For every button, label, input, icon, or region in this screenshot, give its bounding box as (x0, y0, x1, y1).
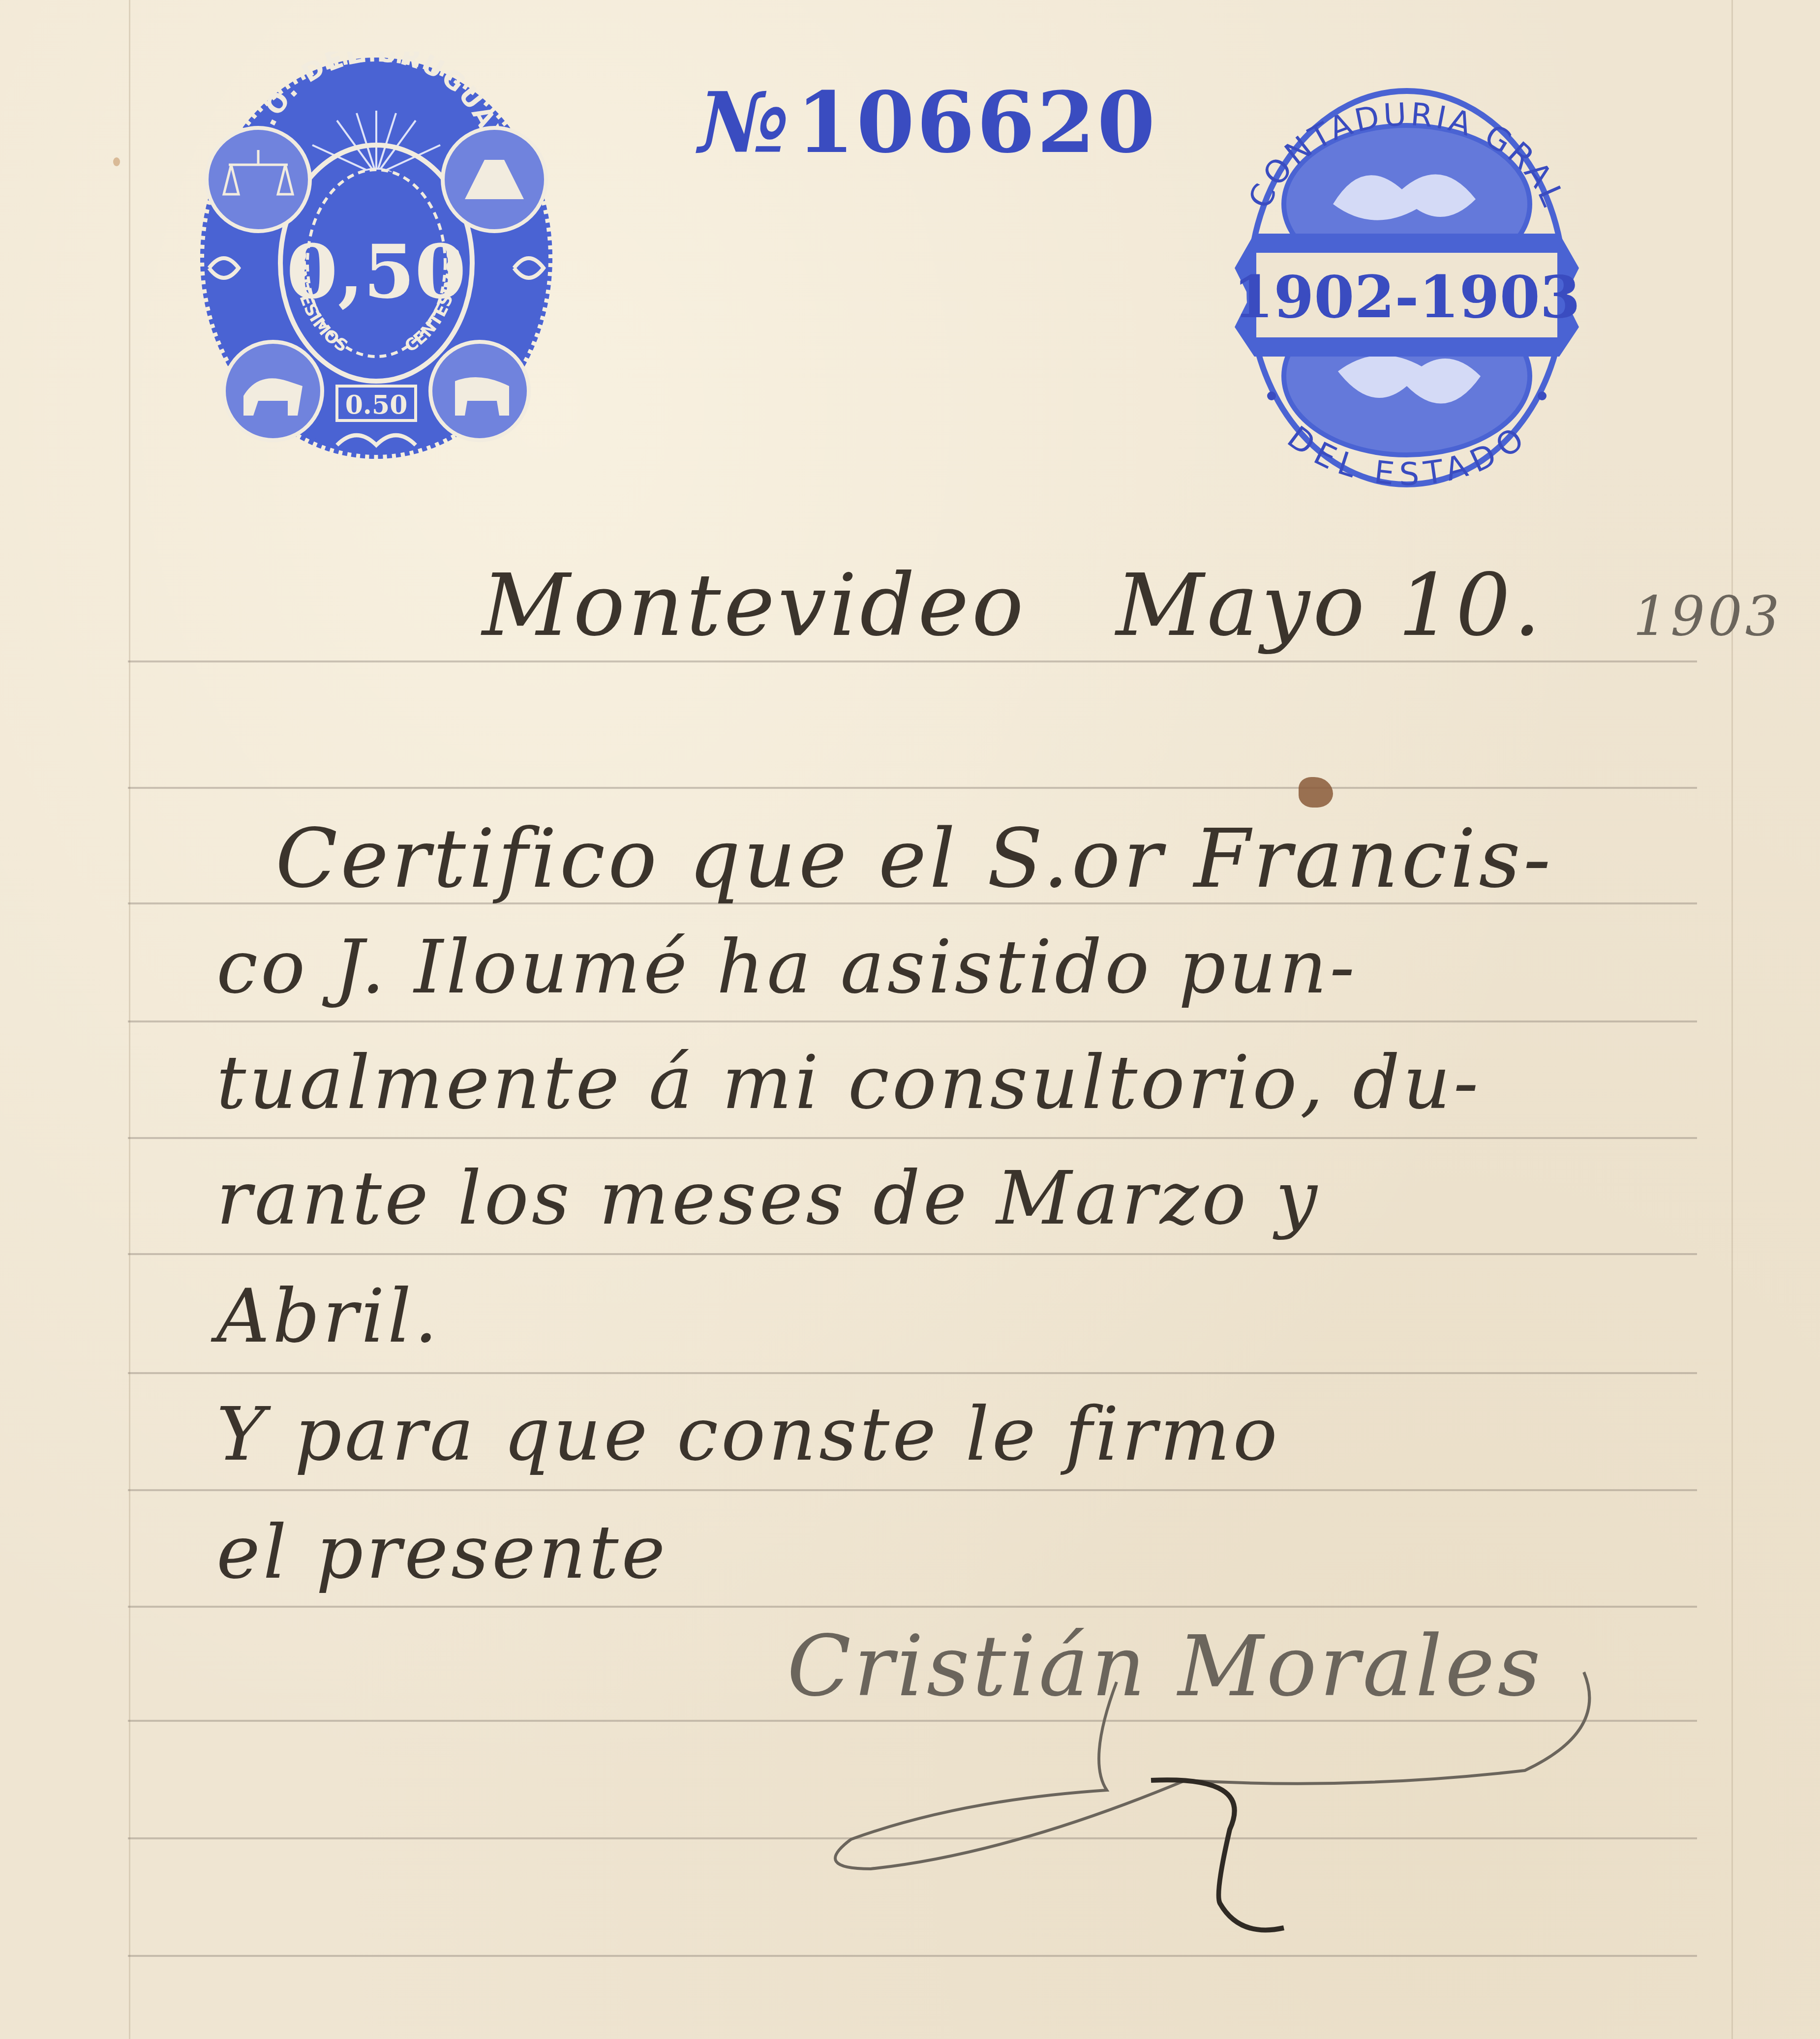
place: Montevideo (482, 556, 1027, 656)
left-margin-line (129, 0, 130, 2039)
body-line-6: Y para que conste le firmo (216, 1392, 1280, 1477)
ruled-line (128, 1372, 1697, 1374)
numero-sign: № (698, 74, 791, 172)
body-line-1: Certifico que el S.or Francis- (275, 811, 1554, 906)
ruled-line (128, 660, 1697, 662)
ruled-line (128, 1489, 1697, 1491)
contaduria-seal-icon: 1902-1903 CONTADURIA GRAL DEL ESTADO (1225, 81, 1589, 494)
serial-number: № 106620 (698, 74, 1141, 172)
year: 1903 (1633, 585, 1783, 648)
contaduria-stamp: 1902-1903 CONTADURIA GRAL DEL ESTADO (1225, 81, 1589, 494)
body-line-7: el presente (216, 1510, 668, 1595)
month-day: Mayo 10. (1116, 556, 1544, 656)
signature-flourish-icon (812, 1662, 1697, 1938)
ruled-line (128, 1137, 1697, 1139)
ruled-line (128, 1606, 1697, 1608)
uruguay-seal-icon: R.O. DEL URUGUAY 0,50 CENTESIMOS CENTESI… (189, 52, 563, 470)
ruled-line (128, 787, 1697, 789)
body-line-3: tualmente á mi consultorio, du- (216, 1040, 1481, 1126)
ink-stain (1299, 777, 1333, 808)
foxing-spot (113, 157, 120, 166)
serial-number-value: 106620 (796, 74, 1157, 172)
document-page: R.O. DEL URUGUAY 0,50 CENTESIMOS CENTESI… (0, 0, 1820, 2039)
svg-text:1902-1903: 1902-1903 (1233, 263, 1580, 331)
body-line-4: rante los meses de Marzo y (216, 1156, 1320, 1241)
svg-text:0.50: 0.50 (345, 390, 408, 420)
body-line-2: co J. Iloumé ha asistido pun- (216, 925, 1358, 1010)
ruled-line (128, 1955, 1697, 1957)
body-line-5: Abril. (216, 1274, 441, 1359)
ruled-line (128, 1020, 1697, 1022)
revenue-stamp-left: R.O. DEL URUGUAY 0,50 CENTESIMOS CENTESI… (189, 52, 563, 470)
ruled-line (128, 1253, 1697, 1255)
right-margin-line (1731, 0, 1733, 2039)
place-date-line: Montevideo Mayo 10. 1903 (482, 556, 1783, 656)
